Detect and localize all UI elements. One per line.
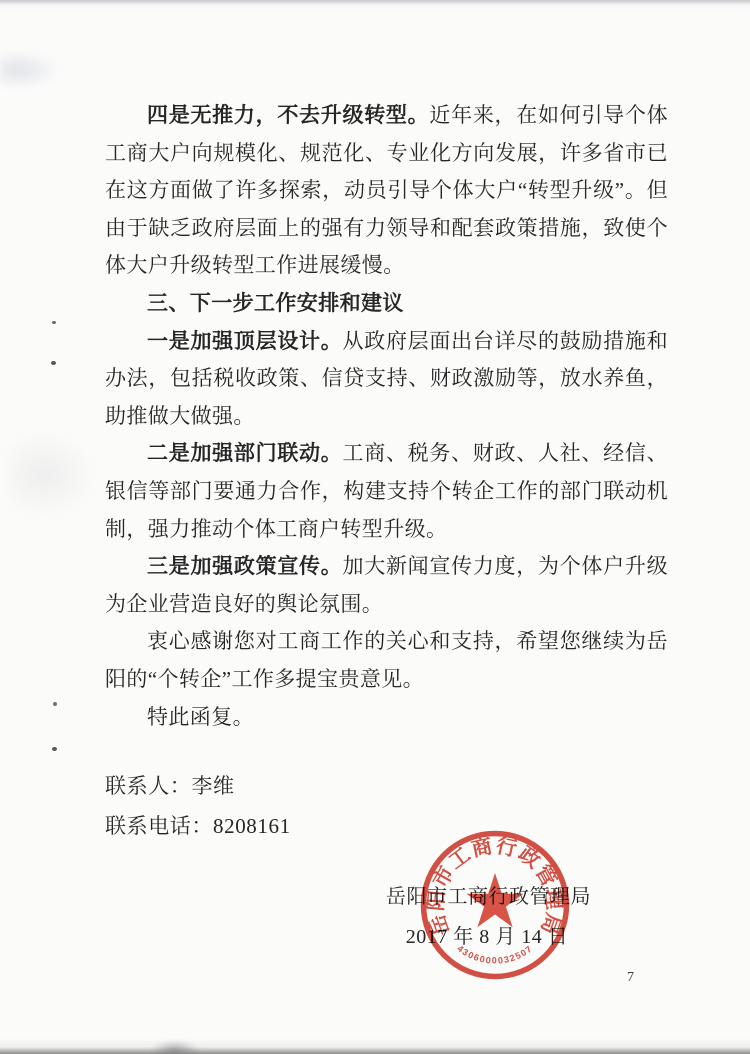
seal-star-icon xyxy=(467,873,524,927)
paragraph-lead: 三是加强政策宣传。 xyxy=(147,554,343,578)
scan-artifact-dot xyxy=(52,321,56,324)
scan-artifact-dot xyxy=(51,361,56,365)
official-seal-stamp: 岳阳市工商行政管理局 4306000032507 xyxy=(410,820,580,990)
paragraph-lead: 二是加强部门联动。 xyxy=(147,441,343,465)
scan-top-edge xyxy=(0,0,750,5)
scan-artifact-dot xyxy=(52,747,57,751)
scan-artifact-dot xyxy=(53,702,57,706)
document-body: 四是无推力，不去升级转型。近年来，在如何引导个体工商大户向规模化、规范化、专业化… xyxy=(105,97,668,736)
contact-person: 联系人：李维 xyxy=(105,766,291,806)
paragraph: 二是加强部门联动。工商、税务、财政、人社、经信、银信等部门要通力合作，构建支持个… xyxy=(105,435,668,548)
paragraph-lead: 四是无推力，不去升级转型。 xyxy=(147,103,429,127)
paragraph: 特此函复。 xyxy=(105,699,668,737)
contact-block: 联系人：李维 联系电话：8208161 xyxy=(105,766,291,846)
paragraph: 四是无推力，不去升级转型。近年来，在如何引导个体工商大户向规模化、规范化、专业化… xyxy=(105,97,668,285)
section-heading: 三、下一步工作安排和建议 xyxy=(105,285,668,323)
page-number: 7 xyxy=(627,970,634,986)
document-page: 四是无推力，不去升级转型。近年来，在如何引导个体工商大户向规模化、规范化、专业化… xyxy=(0,0,750,1054)
scan-smudge xyxy=(8,430,98,520)
scan-smudge xyxy=(0,50,60,90)
paragraph-text: 近年来，在如何引导个体工商大户向规模化、规范化、专业化方向发展，许多省市已在这方… xyxy=(105,103,668,277)
scan-smudge xyxy=(150,1040,200,1054)
paragraph: 三是加强政策宣传。加大新闻宣传力度，为个体户升级为企业营造良好的舆论氛围。 xyxy=(105,548,668,623)
paragraph: 一是加强顶层设计。从政府层面出台详尽的鼓励措施和办法，包括税收政策、信贷支持、财… xyxy=(105,323,668,436)
paragraph-lead: 一是加强顶层设计。 xyxy=(147,329,343,353)
scan-bottom-edge xyxy=(0,1047,750,1054)
seal-code-text: 4306000032507 xyxy=(455,943,534,965)
paragraph: 衷心感谢您对工商工作的关心和支持，希望您继续为岳阳的“个转企”工作多提宝贵意见。 xyxy=(105,623,668,698)
contact-phone: 联系电话：8208161 xyxy=(105,806,291,846)
svg-text:4306000032507: 4306000032507 xyxy=(455,943,534,965)
